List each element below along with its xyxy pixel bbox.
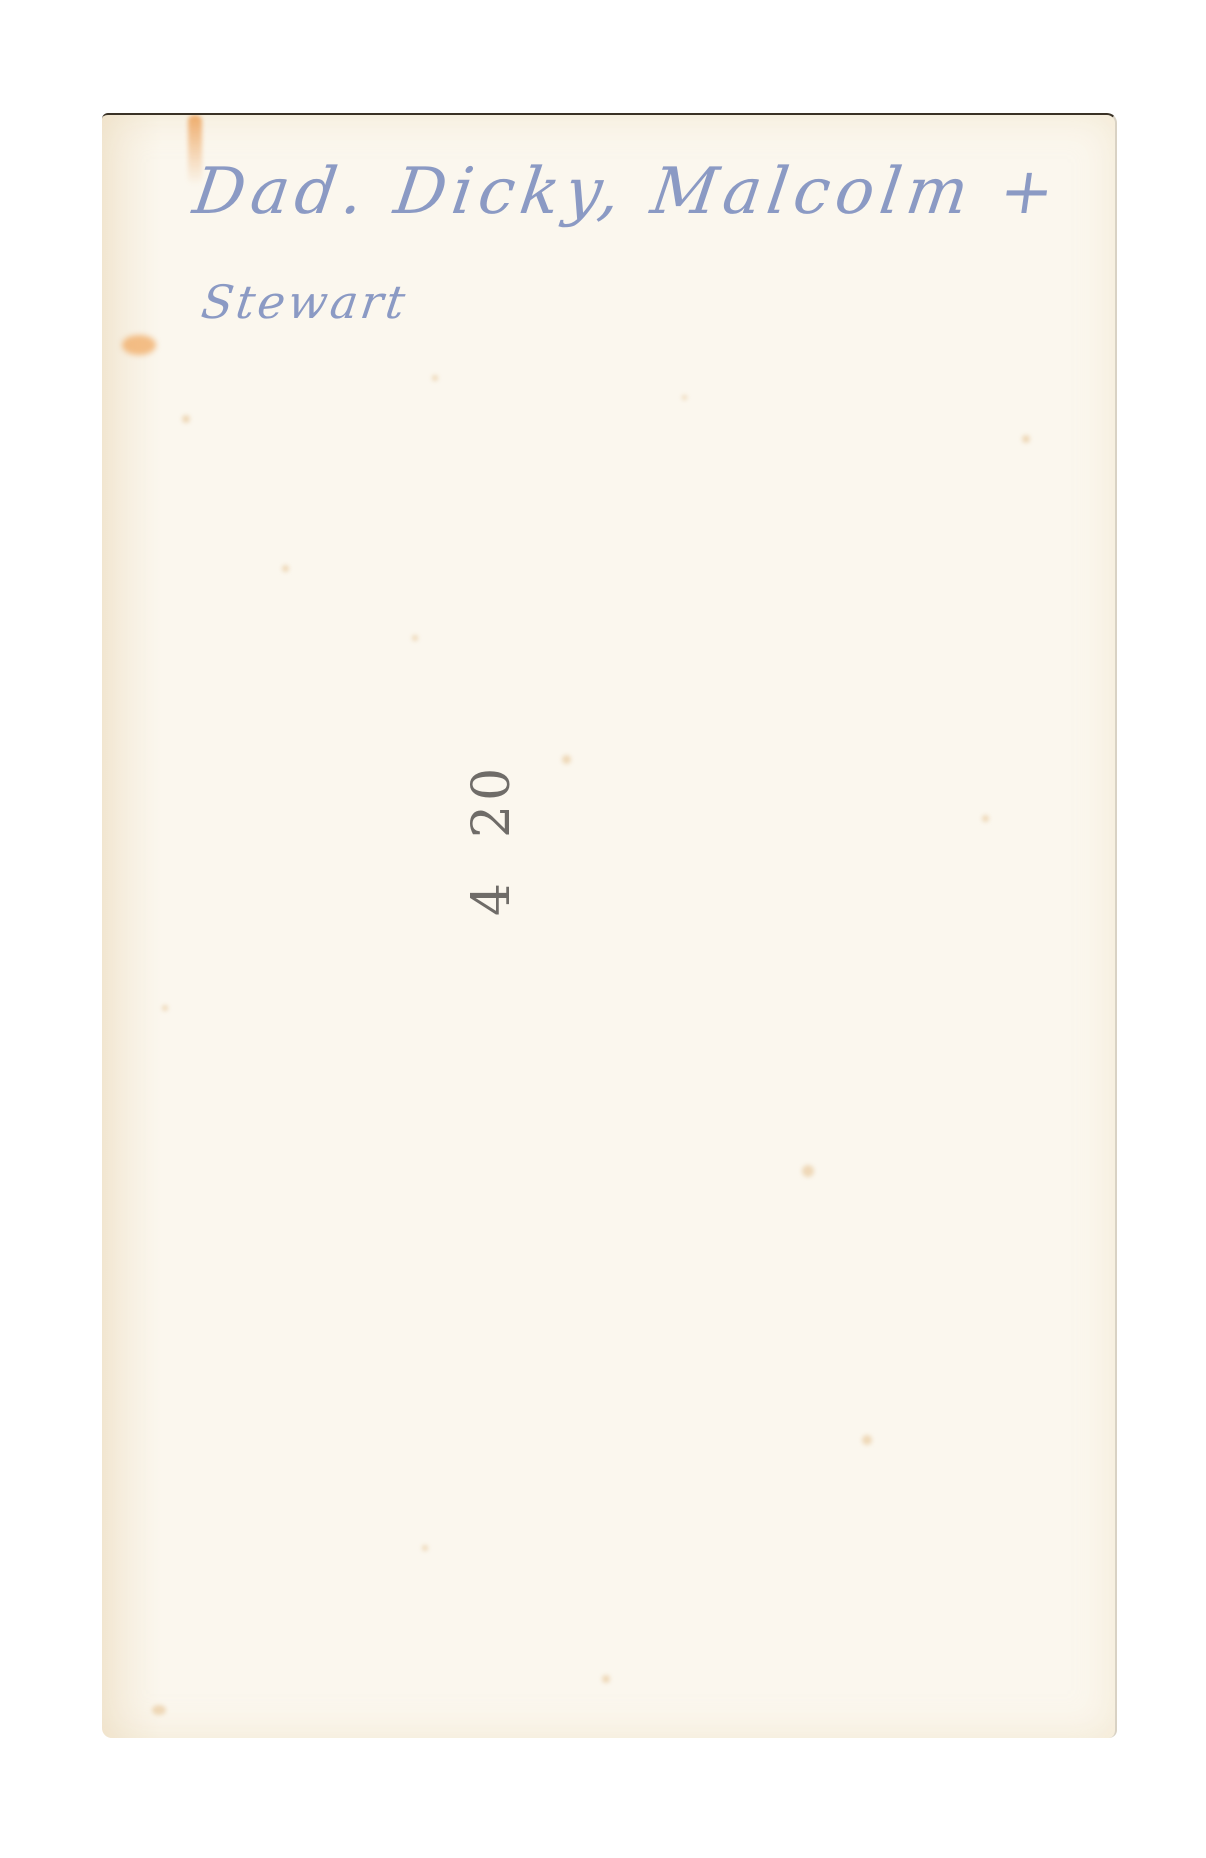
- foxing-spot: [152, 1705, 166, 1715]
- age-shading: [102, 115, 162, 1738]
- foxing-spot: [682, 395, 687, 400]
- foxing-spot: [802, 1165, 814, 1177]
- rust-stain-left: [122, 335, 156, 355]
- foxing-spot: [182, 415, 190, 423]
- foxing-spot: [1022, 435, 1030, 443]
- stamped-number-text: 4 20: [462, 764, 522, 916]
- handwritten-caption-line-2: Stewart: [198, 275, 411, 329]
- foxing-spot: [432, 375, 438, 381]
- foxing-spot: [162, 1005, 168, 1011]
- stamped-number: 4 20: [462, 715, 522, 965]
- foxing-spot: [422, 1545, 428, 1551]
- foxing-spot: [282, 565, 289, 572]
- foxing-spot: [412, 635, 418, 641]
- photo-card-back: Dad. Dicky, Malcolm + Stewart 4 20: [102, 113, 1117, 1738]
- foxing-spot: [562, 755, 571, 764]
- foxing-spot: [862, 1435, 872, 1445]
- foxing-spot: [982, 815, 989, 822]
- handwritten-caption-line-1: Dad. Dicky, Malcolm +: [189, 155, 1065, 229]
- foxing-spot: [602, 1675, 610, 1683]
